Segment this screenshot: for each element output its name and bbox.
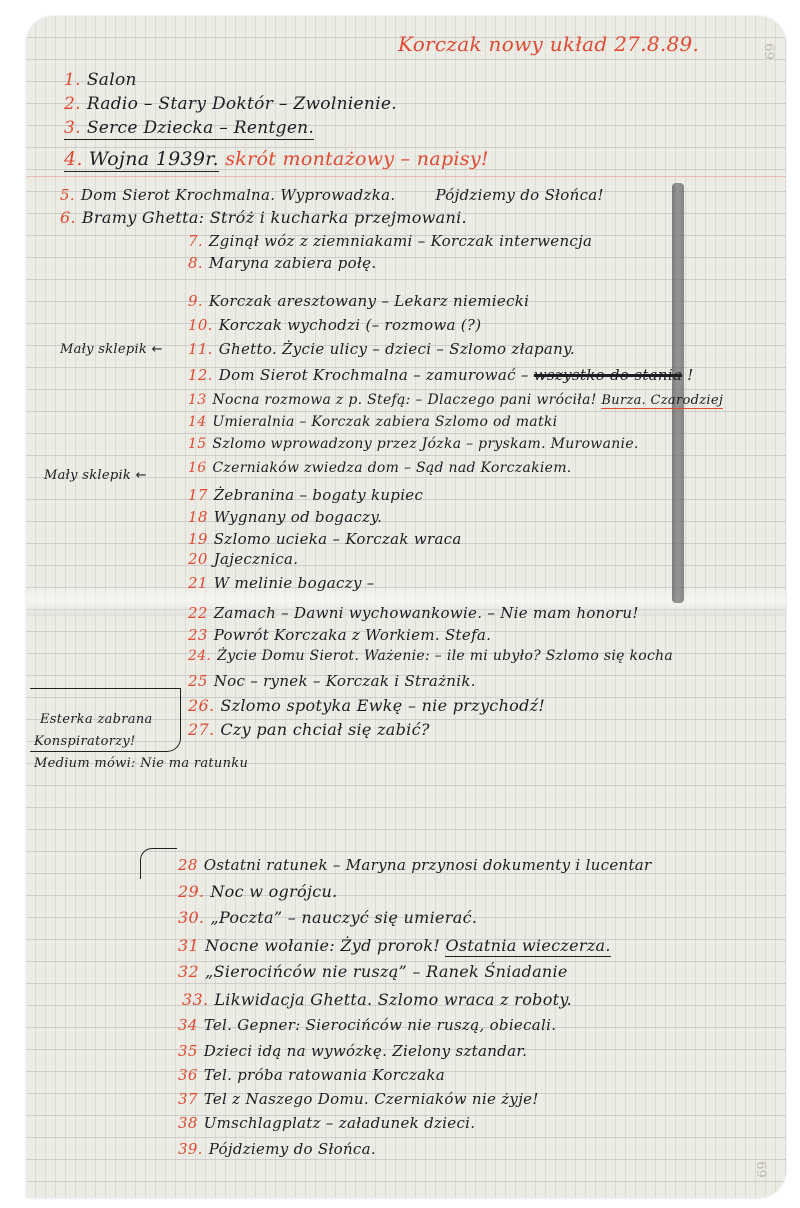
scene-23: 23Powrót Korczaka z Workiem. Stefa. bbox=[188, 626, 491, 644]
boxed-note: Burza. Czarodziej bbox=[601, 393, 723, 409]
scene-7: 7.Zginął wóz z ziemniakami – Korczak int… bbox=[188, 232, 592, 250]
scene-6: 6.Bramy Ghetta: Stróż i kucharka przejmo… bbox=[60, 208, 467, 227]
scene-21: 21W melinie bogaczy – bbox=[188, 574, 375, 592]
scene-25: 25Noc – rynek – Korczak i Strażnik. bbox=[188, 672, 476, 690]
scene-39: 39.Pójdziemy do Słońca. bbox=[178, 1140, 376, 1158]
scene-10: 10.Korczak wychodzi (– rozmowa (?) bbox=[188, 316, 481, 334]
arrow-left-icon: ← bbox=[136, 468, 147, 483]
scene-38: 38Umschlagplatz – załadunek dzieci. bbox=[178, 1114, 475, 1132]
scene-35: 35Dzieci idą na wywózkę. Zielony sztanda… bbox=[178, 1042, 527, 1060]
scene-28-bracket bbox=[140, 848, 177, 879]
scene-4: 4.Wojna 1939r. skrót montażowy – napisy! bbox=[64, 148, 489, 170]
scene-32: 32„Sierocińców nie ruszą” – Ranek Śniada… bbox=[178, 962, 568, 981]
margin-note-esterka-2: Konspiratorzy! bbox=[34, 734, 136, 749]
page-number-bottom: 69 bbox=[753, 1161, 768, 1178]
scene-34: 34Tel. Gepner: Sierocińców nie ruszą, ob… bbox=[178, 1016, 556, 1034]
scene-13: 13Nocna rozmowa z p. Stefą: – Dlaczego p… bbox=[188, 392, 723, 408]
scene-11: 11.Ghetto. Życie ulicy – dzieci – Szlomo… bbox=[188, 340, 575, 358]
scene-12: 12.Dom Sierot Krochmalna – zamurować – w… bbox=[188, 366, 694, 384]
scene-22: 22Zamach – Dawni wychowankowie. – Nie ma… bbox=[188, 604, 639, 622]
scene-2: 2.Radio – Stary Doktór – Zwolnienie. bbox=[64, 94, 397, 114]
scene-26: 26.Szlomo spotyka Ewkę – nie przychodź! bbox=[188, 696, 545, 715]
scene-27: 27.Czy pan chciał się zabić? bbox=[188, 720, 430, 739]
margin-note-esterka-3: Medium mówi: Nie ma ratunku bbox=[34, 756, 248, 771]
scene-33: 33.Likwidacja Ghetta. Szlomo wraca z rob… bbox=[182, 990, 572, 1009]
scene-17: 17Żebranina – bogaty kupiec bbox=[188, 486, 423, 504]
page-title: Korczak nowy układ 27.8.89. bbox=[398, 32, 699, 56]
margin-note-maly-sklepik-2: Mały sklepik ← bbox=[44, 468, 147, 483]
scene-14: 14Umieralnia – Korczak zabiera Szlomo od… bbox=[188, 414, 557, 430]
scene-30: 30.„Poczta” – nauczyć się umierać. bbox=[178, 908, 477, 927]
scene-19: 19Szlomo ucieka – Korczak wraca bbox=[188, 530, 462, 548]
scene-29: 29.Noc w ogrójcu. bbox=[178, 882, 338, 901]
scene-8: 8.Maryna zabiera połę. bbox=[188, 254, 376, 272]
scene-15: 15Szlomo wprowadzony przez Józka – prysk… bbox=[188, 436, 639, 452]
scene-31: 31Nocne wołanie: Żyd prorok! Ostatnia wi… bbox=[178, 936, 611, 955]
scene-3: 3.Serce Dziecka – Rentgen. bbox=[64, 118, 314, 140]
scene-20: 20Jajecznica. bbox=[188, 550, 298, 568]
scene-18: 18Wygnany od bogaczy. bbox=[188, 508, 382, 526]
margin-note-maly-sklepik-1: Mały sklepik ← bbox=[60, 342, 163, 357]
red-margin-line bbox=[26, 176, 786, 177]
scene-1: 1.Salon bbox=[64, 70, 137, 90]
scene-36: 36Tel. próba ratowania Korczaka bbox=[178, 1066, 445, 1084]
scene-37: 37Tel z Naszego Domu. Czerniaków nie żyj… bbox=[178, 1090, 539, 1108]
scene-28: 28Ostatni ratunek – Maryna przynosi doku… bbox=[178, 856, 652, 874]
scene-16: 16Czerniaków zwiedza dom – Sąd nad Korcz… bbox=[188, 460, 572, 476]
page-number-top: 69 bbox=[761, 43, 776, 60]
margin-note-esterka-1: Esterka zabrana bbox=[40, 712, 153, 727]
scene-24: 24.Życie Domu Sierot. Ważenie: – ile mi … bbox=[188, 648, 673, 664]
scene-9: 9.Korczak aresztowany – Lekarz niemiecki bbox=[188, 292, 529, 310]
scene-5: 5.Dom Sierot Krochmalna. Wyprowadzka.Pój… bbox=[60, 186, 604, 204]
arrow-left-icon: ← bbox=[152, 342, 163, 357]
